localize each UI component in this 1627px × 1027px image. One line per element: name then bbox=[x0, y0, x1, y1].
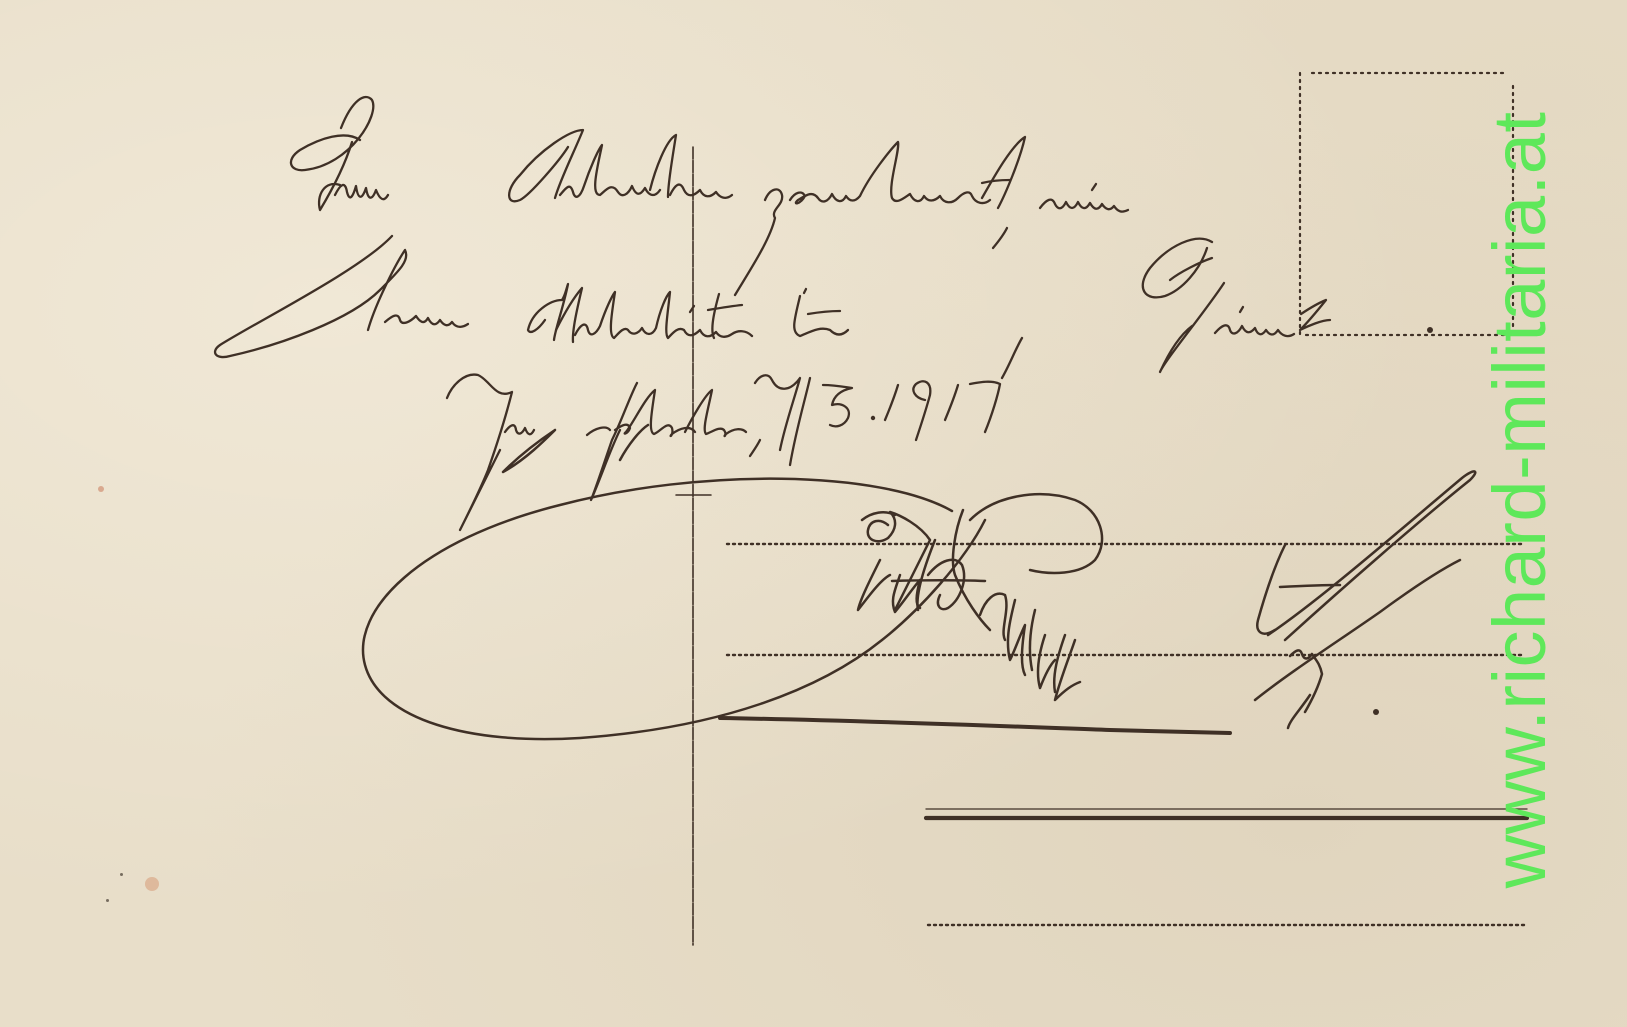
handwriting-line-3 bbox=[447, 338, 1022, 530]
signature-underline bbox=[720, 718, 1230, 733]
handwriting-line-1 bbox=[291, 97, 1128, 295]
watermark-text: www.richard-militaria.at bbox=[1483, 112, 1557, 889]
postcard-ink-layer bbox=[0, 0, 1627, 1027]
postcard-back: Zum Andenken gewidmet, meinem braven Mit… bbox=[0, 0, 1627, 1027]
signature bbox=[363, 425, 1475, 739]
handwriting-line-2 bbox=[215, 236, 1433, 372]
